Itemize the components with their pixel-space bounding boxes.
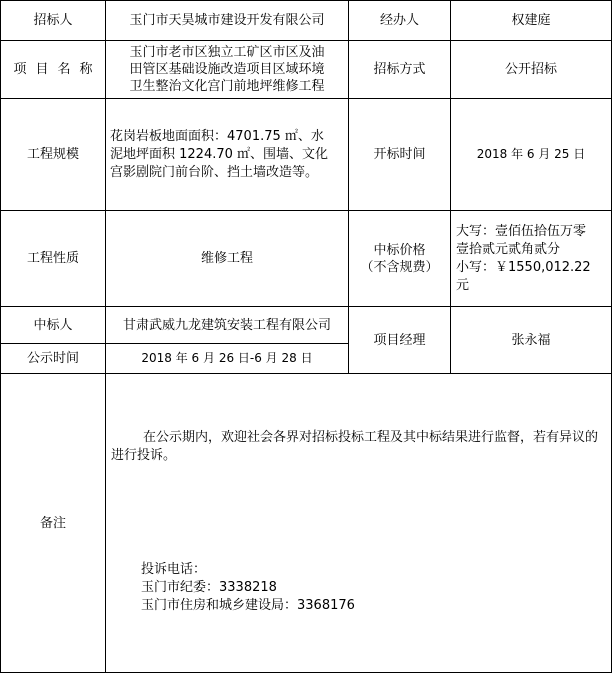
project-name-line: 卫生整治文化宫门前地坪维修工程 (129, 78, 324, 95)
publicity-label: 公示时间 (27, 350, 79, 367)
winner-label: 中标人 (33, 317, 72, 334)
price-value-line: 元 (456, 277, 591, 295)
project-name-label: 项目名称 (13, 61, 101, 78)
complaint-line: 玉门市住房和城乡建设局：3368176 (141, 597, 601, 615)
remark-paragraph: 在公示期内，欢迎社会各界对招标投标工程及其中标结果进行监督，若有异议的进行投诉。 (111, 429, 606, 465)
opening-time-label: 开标时间 (373, 146, 425, 163)
scale-label: 工程规模 (27, 146, 79, 163)
publicity-label-cell: 公示时间 (1, 344, 105, 373)
bidder-label-cell: 招标人 (1, 1, 105, 40)
publicity-value-cell: 2018 年 6 月 26 日-6 月 28 日 (106, 344, 348, 373)
remark-value-cell: 在公示期内，欢迎社会各界对招标投标工程及其中标结果进行监督，若有异议的进行投诉。… (106, 374, 611, 672)
remark-label: 备注 (40, 515, 66, 532)
winner-label-cell: 中标人 (1, 307, 105, 343)
project-name-value-cell: 玉门市老市区独立工矿区市区及油 田管区基础设施改造项目区域环境 卫生整治文化宫门… (106, 41, 348, 98)
handler-value: 权建庭 (511, 12, 550, 29)
winner-value-cell: 甘肃武威九龙建筑安装工程有限公司 (106, 307, 348, 343)
scale-line: 泥地坪面积 1224.70 ㎡、围墙、文化 (110, 146, 328, 164)
scale-label-cell: 工程规模 (1, 99, 105, 210)
scale-line: 宫影剧院门前台阶、挡土墙改造等。 (110, 164, 328, 182)
opening-time-label-cell: 开标时间 (349, 99, 450, 210)
nature-label: 工程性质 (27, 250, 79, 267)
price-value-line: 壹拾贰元贰角贰分 (456, 241, 591, 259)
manager-label: 项目经理 (373, 332, 425, 349)
remark-label-cell: 备注 (1, 374, 105, 672)
nature-label-cell: 工程性质 (1, 211, 105, 306)
bidder-value: 玉门市天昊城市建设开发有限公司 (129, 12, 324, 29)
manager-value-cell: 张永福 (451, 307, 611, 373)
handler-label: 经办人 (380, 12, 419, 29)
project-name-value: 玉门市老市区独立工矿区市区及油 田管区基础设施改造项目区域环境 卫生整治文化宫门… (129, 44, 324, 95)
price-value: 大写：壹佰伍拾伍万零 壹拾贰元贰角贰分 小写：￥1550,012.22 元 (456, 223, 591, 295)
price-value-line: 大写：壹佰伍拾伍万零 (456, 223, 591, 241)
opening-time-value: 2018 年 6 月 25 日 (477, 146, 586, 163)
nature-value: 维修工程 (201, 250, 253, 267)
bid-method-value: 公开招标 (505, 61, 557, 78)
manager-label-cell: 项目经理 (349, 307, 450, 373)
scale-value: 花岗岩板地面面积：4701.75 ㎡、水 泥地坪面积 1224.70 ㎡、围墙、… (110, 128, 328, 182)
complaint-line: 玉门市纪委：3338218 (141, 579, 601, 597)
publicity-value: 2018 年 6 月 26 日-6 月 28 日 (141, 350, 312, 367)
price-value-cell: 大写：壹佰伍拾伍万零 壹拾贰元贰角贰分 小写：￥1550,012.22 元 (451, 211, 611, 306)
project-name-line: 玉门市老市区独立工矿区市区及油 (129, 44, 324, 61)
price-label-cell: 中标价格 （不含规费） (349, 211, 450, 306)
project-name-line: 田管区基础设施改造项目区域环境 (129, 61, 324, 78)
winner-value: 甘肃武威九龙建筑安装工程有限公司 (123, 317, 331, 334)
bidder-value-cell: 玉门市天昊城市建设开发有限公司 (106, 1, 348, 40)
price-label-line: （不含规费） (360, 259, 438, 276)
bidder-label: 招标人 (33, 12, 72, 29)
price-value-line: 小写：￥1550,012.22 (456, 259, 591, 277)
price-label: 中标价格 （不含规费） (360, 242, 438, 276)
bid-method-value-cell: 公开招标 (451, 41, 611, 98)
handler-value-cell: 权建庭 (451, 1, 611, 40)
complaint-title: 投诉电话： (141, 561, 601, 579)
scale-value-cell: 花岗岩板地面面积：4701.75 ㎡、水 泥地坪面积 1224.70 ㎡、围墙、… (106, 99, 348, 210)
opening-time-value-cell: 2018 年 6 月 25 日 (451, 99, 611, 210)
nature-value-cell: 维修工程 (106, 211, 348, 306)
manager-value: 张永福 (511, 332, 550, 349)
price-label-line: 中标价格 (360, 242, 438, 259)
bid-method-label-cell: 招标方式 (349, 41, 450, 98)
bid-result-table: 招标人 玉门市天昊城市建设开发有限公司 经办人 权建庭 项目名称 玉门市老市区独… (0, 0, 612, 673)
scale-line: 花岗岩板地面面积：4701.75 ㎡、水 (110, 128, 328, 146)
handler-label-cell: 经办人 (349, 1, 450, 40)
project-name-label-cell: 项目名称 (1, 41, 105, 98)
bid-method-label: 招标方式 (373, 61, 425, 78)
complaint-phones: 投诉电话： 玉门市纪委：3338218 玉门市住房和城乡建设局：3368176 (141, 561, 601, 615)
